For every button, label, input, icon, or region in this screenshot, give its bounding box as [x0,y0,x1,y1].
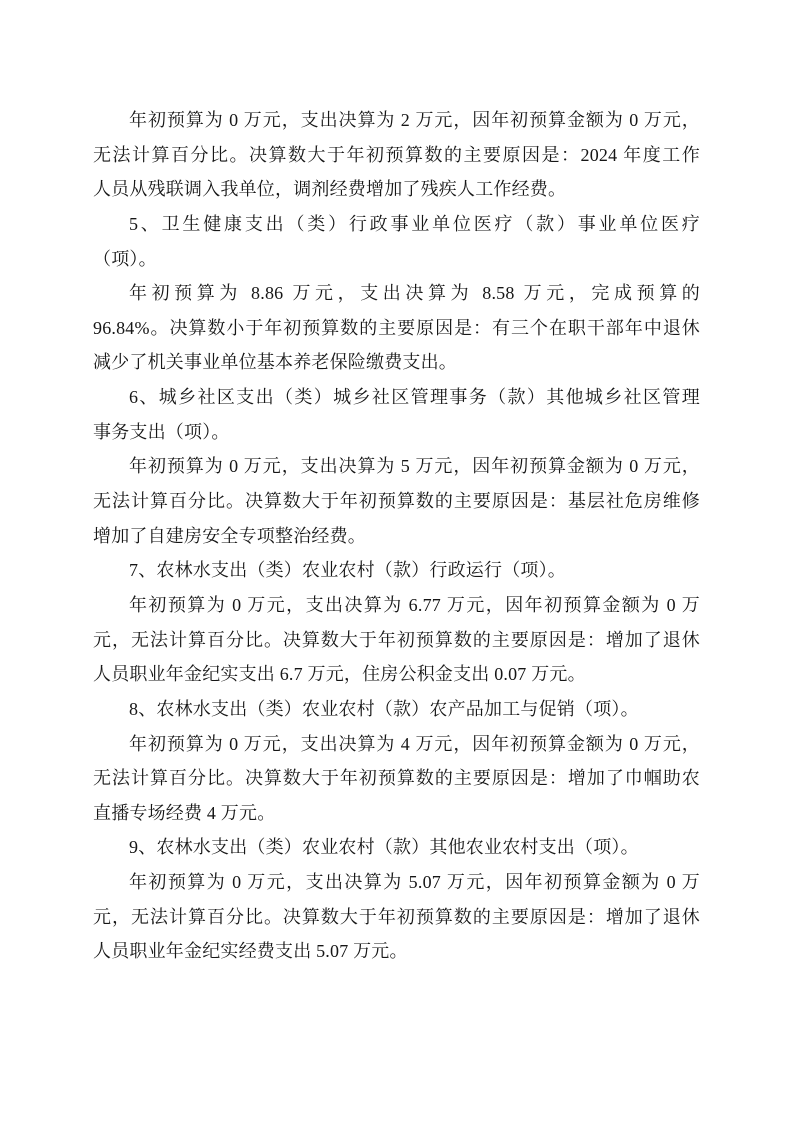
text-line: 年初预算为 0 万元，支出决算为 5 万元，因年初预算金额为 0 万元， [93,449,700,484]
paragraph: 年初预算为 0 万元，支出决算为 5 万元，因年初预算金额为 0 万元，无法计算… [93,449,700,553]
paragraph: 年初预算为 0 万元，支出决算为 6.77 万元，因年初预算金额为 0 万元，无… [93,588,700,692]
paragraph: 5、卫生健康支出（类）行政事业单位医疗（款）事业单位医疗（项）。 [93,207,700,276]
text-line: 增加了自建房安全专项整治经费。 [93,519,700,554]
text-line: 年初预算为 0 万元，支出决算为 6.77 万元，因年初预算金额为 0 万 [93,588,700,623]
paragraph: 年初预算为 0 万元，支出决算为 2 万元，因年初预算金额为 0 万元，无法计算… [93,103,700,207]
paragraph: 6、城乡社区支出（类）城乡社区管理事务（款）其他城乡社区管理事务支出（项）。 [93,380,700,449]
text-line: 7、农林水支出（类）农业农村（款）行政运行（项）。 [93,553,700,588]
text-line: 元，无法计算百分比。决算数大于年初预算数的主要原因是：增加了退休 [93,900,700,935]
text-line: 人员职业年金纪实支出 6.7 万元，住房公积金支出 0.07 万元。 [93,657,700,692]
text-line: 人员职业年金纪实经费支出 5.07 万元。 [93,934,700,969]
text-line: 5、卫生健康支出（类）行政事业单位医疗（款）事业单位医疗 [93,207,700,242]
text-line: 人员从残联调入我单位，调剂经费增加了残疾人工作经费。 [93,172,700,207]
document-page: 年初预算为 0 万元，支出决算为 2 万元，因年初预算金额为 0 万元，无法计算… [0,0,793,1122]
text-line: 年初预算为 8.86 万元，支出决算为 8.58 万元，完成预算的 [93,276,700,311]
paragraph: 年初预算为 0 万元，支出决算为 5.07 万元，因年初预算金额为 0 万元，无… [93,865,700,969]
text-line: 直播专场经费 4 万元。 [93,796,700,831]
text-line: 9、农林水支出（类）农业农村（款）其他农业农村支出（项）。 [93,830,700,865]
text-line: （项）。 [93,242,700,277]
text-line: 减少了机关事业单位基本养老保险缴费支出。 [93,345,700,380]
paragraph: 年初预算为 8.86 万元，支出决算为 8.58 万元，完成预算的96.84%。… [93,276,700,380]
text-line: 事务支出（项）。 [93,415,700,450]
text-line: 无法计算百分比。决算数大于年初预算数的主要原因是：增加了巾帼助农 [93,761,700,796]
document-body: 年初预算为 0 万元，支出决算为 2 万元，因年初预算金额为 0 万元，无法计算… [93,103,700,969]
text-line: 年初预算为 0 万元，支出决算为 2 万元，因年初预算金额为 0 万元， [93,103,700,138]
text-line: 年初预算为 0 万元，支出决算为 4 万元，因年初预算金额为 0 万元， [93,727,700,762]
text-line: 96.84%。决算数小于年初预算数的主要原因是：有三个在职干部年中退休 [93,311,700,346]
paragraph: 8、农林水支出（类）农业农村（款）农产品加工与促销（项）。 [93,692,700,727]
paragraph: 7、农林水支出（类）农业农村（款）行政运行（项）。 [93,553,700,588]
text-line: 无法计算百分比。决算数大于年初预算数的主要原因是：基层社危房维修 [93,484,700,519]
paragraph: 年初预算为 0 万元，支出决算为 4 万元，因年初预算金额为 0 万元，无法计算… [93,727,700,831]
text-line: 无法计算百分比。决算数大于年初预算数的主要原因是：2024 年度工作 [93,138,700,173]
text-line: 元，无法计算百分比。决算数大于年初预算数的主要原因是：增加了退休 [93,623,700,658]
paragraph: 9、农林水支出（类）农业农村（款）其他农业农村支出（项）。 [93,830,700,865]
text-line: 6、城乡社区支出（类）城乡社区管理事务（款）其他城乡社区管理 [93,380,700,415]
text-line: 年初预算为 0 万元，支出决算为 5.07 万元，因年初预算金额为 0 万 [93,865,700,900]
text-line: 8、农林水支出（类）农业农村（款）农产品加工与促销（项）。 [93,692,700,727]
